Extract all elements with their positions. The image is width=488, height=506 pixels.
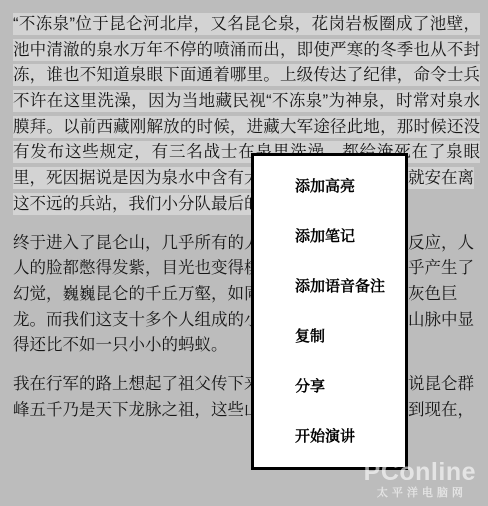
reader-page: “不冻泉”位于昆仑河北岸，又名昆仑泉，花岗岩板圈成了池壁，池中清澈的泉水万年不停… <box>0 0 488 506</box>
selected-text-line[interactable]: 这不远的兵站，我们小分队最后的 <box>13 192 480 218</box>
text-selection-context-menu: 添加高亮添加笔记添加语音备注复制分享开始演讲 <box>251 153 408 470</box>
selected-text-line[interactable]: 有发布这些规定，有三名战士在泉里洗澡，都给淹死在了泉眼 <box>13 140 480 166</box>
paragraph: 终于进入了昆仑山，几乎所有的人反应，人人的脸都憋得发紫，目光也变得模乎产生了幻觉… <box>13 231 480 359</box>
paragraph: “不冻泉”位于昆仑河北岸，又名昆仑泉，花岗岩板圈成了池壁，池中清澈的泉水万年不停… <box>13 12 480 218</box>
menu-item-start-speaking[interactable]: 开始演讲 <box>254 412 405 462</box>
text-line[interactable]: 峰五千乃是天下龙脉之祖，这些山到现在， <box>13 398 480 424</box>
menu-item-share[interactable]: 分享 <box>254 362 405 412</box>
text-line[interactable]: 幻觉，巍巍昆仑的千丘万壑，如同灰色巨 <box>13 282 480 308</box>
menu-item-add-highlight[interactable]: 添加高亮 <box>254 162 405 212</box>
selected-text-line[interactable]: 里，死因据说是因为泉水中含有大就安在离 <box>13 166 480 192</box>
selected-text-line[interactable]: 不许在这里洗澡，因为当地藏民视“不冻泉”为神泉，时常对泉水 <box>13 89 480 115</box>
selected-text-line[interactable]: 膜拜。以前西藏刚解放的时候，进藏大军途径此地，那时候还没 <box>13 115 480 141</box>
menu-item-add-voice-note[interactable]: 添加语音备注 <box>254 262 405 312</box>
text-line[interactable]: 得还比不如一只小小的蚂蚁。 <box>13 333 480 359</box>
selected-text-line[interactable]: 冻，谁也不知道泉眼下面通着哪里。上级传达了纪律，命令士兵 <box>13 63 480 89</box>
menu-item-copy[interactable]: 复制 <box>254 312 405 362</box>
text-line[interactable]: 龙。而我们这支十多个人组成的小山脉中显 <box>13 308 480 334</box>
document-text: “不冻泉”位于昆仑河北岸，又名昆仑泉，花岗岩板圈成了池壁，池中清澈的泉水万年不停… <box>13 12 480 423</box>
selected-text-line[interactable]: “不冻泉”位于昆仑河北岸，又名昆仑泉，花岗岩板圈成了池壁， <box>13 12 480 38</box>
paragraph: 我在行军的路上想起了祖父传下来说昆仑群峰五千乃是天下龙脉之祖，这些山到现在， <box>13 372 480 423</box>
text-line[interactable]: 终于进入了昆仑山，几乎所有的人反应，人 <box>13 231 480 257</box>
selected-text-line[interactable]: 池中清澈的泉水万年不停的喷涌而出，即使严寒的冬季也从不封 <box>13 38 480 64</box>
text-line[interactable]: 我在行军的路上想起了祖父传下来说昆仑群 <box>13 372 480 398</box>
text-line[interactable]: 人的脸都憋得发紫，目光也变得模乎产生了 <box>13 256 480 282</box>
watermark-subtitle: 太平洋电脑网 <box>377 488 467 499</box>
menu-item-add-note[interactable]: 添加笔记 <box>254 212 405 262</box>
